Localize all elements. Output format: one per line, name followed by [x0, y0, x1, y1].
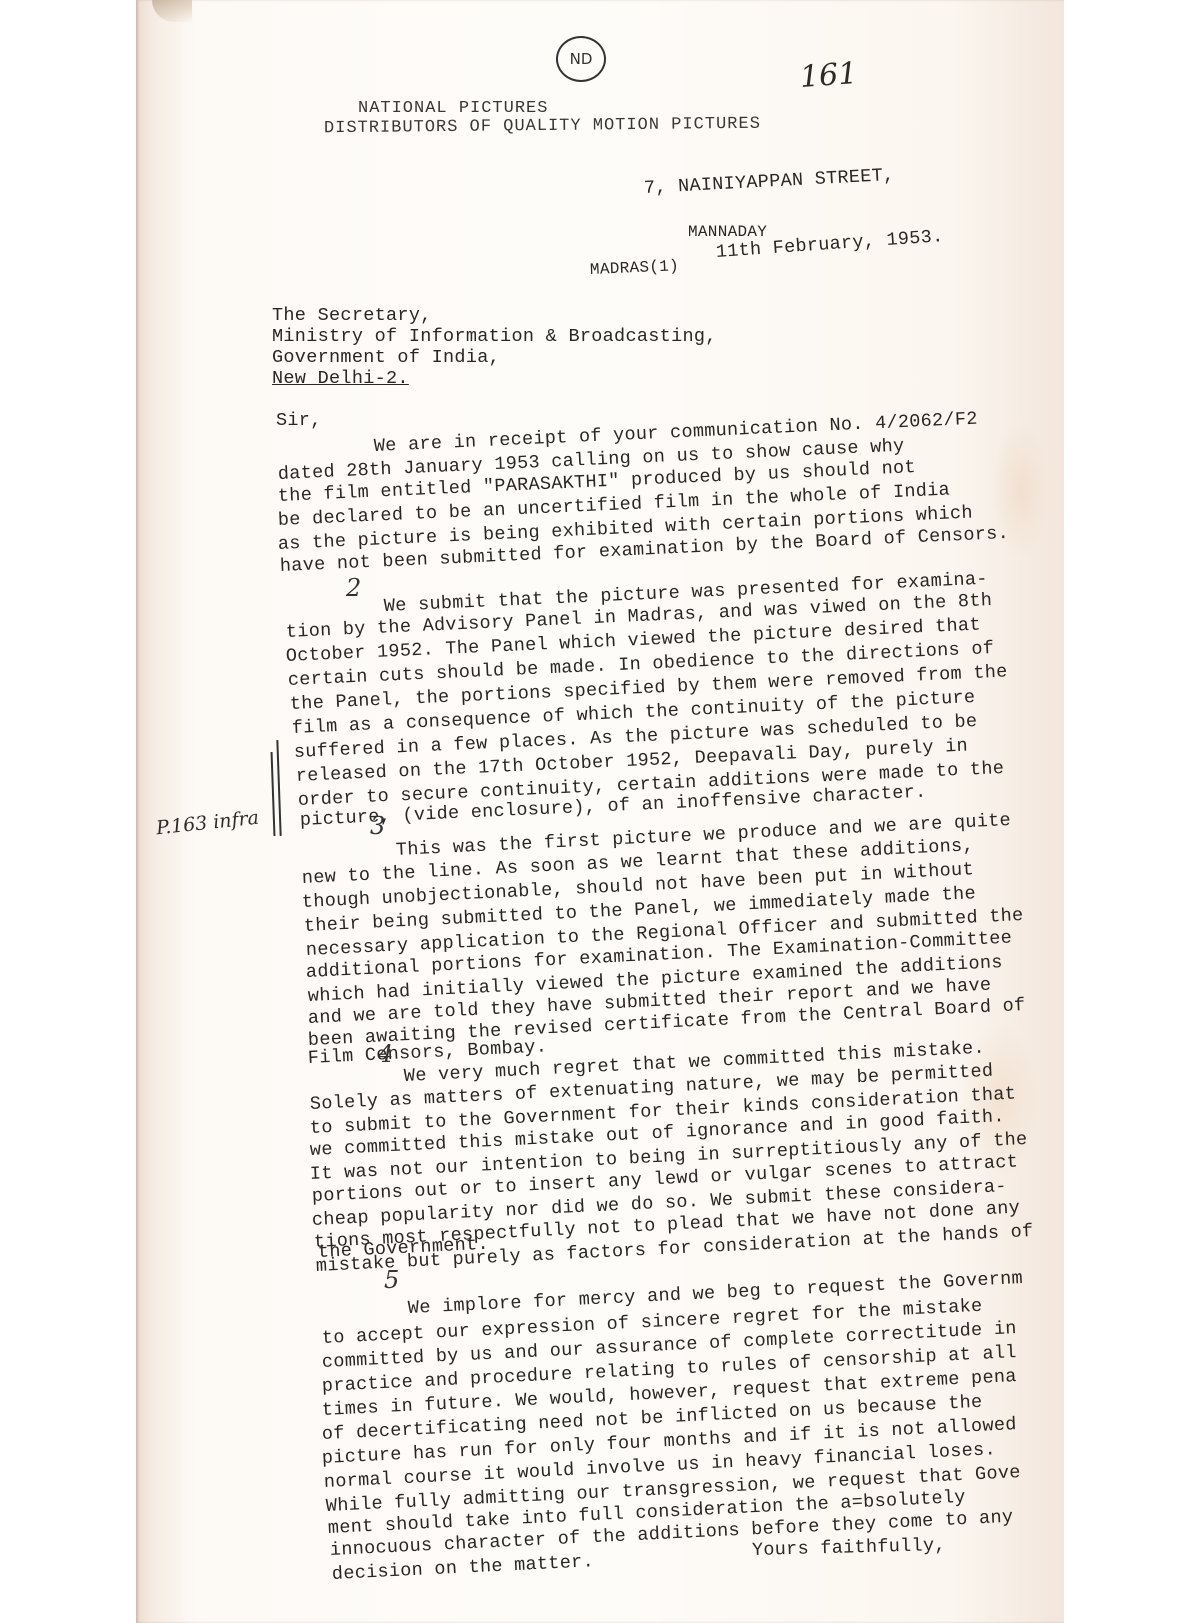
paragraph-number-mark: 3 — [370, 812, 385, 840]
circled-file-mark: ND — [556, 36, 606, 82]
circled-file-mark-text: ND — [570, 50, 593, 68]
sender-address-locality: MANNADAY — [688, 224, 767, 240]
paragraph-number-mark: 5 — [384, 1266, 399, 1294]
recipient-line-2: Ministry of Information & Broadcasting, — [272, 328, 717, 347]
recipient-line-4: New Delhi-2. — [272, 370, 409, 389]
recipient-line-1: The Secretary, — [272, 307, 432, 326]
paragraph-number-mark: 2 — [346, 574, 361, 602]
salutation: Sir, — [276, 412, 322, 431]
page-number-mark: 161 — [799, 56, 859, 95]
paragraph-number-mark: 4 — [378, 1040, 393, 1068]
recipient-line-3: Government of India, — [272, 349, 500, 368]
sender-address-city: MADRAS(1) — [590, 258, 680, 278]
letterhead-company: NATIONAL PICTURES — [358, 100, 548, 117]
letterhead-tagline: DISTRIBUTORS OF QUALITY MOTION PICTURES — [324, 116, 761, 138]
